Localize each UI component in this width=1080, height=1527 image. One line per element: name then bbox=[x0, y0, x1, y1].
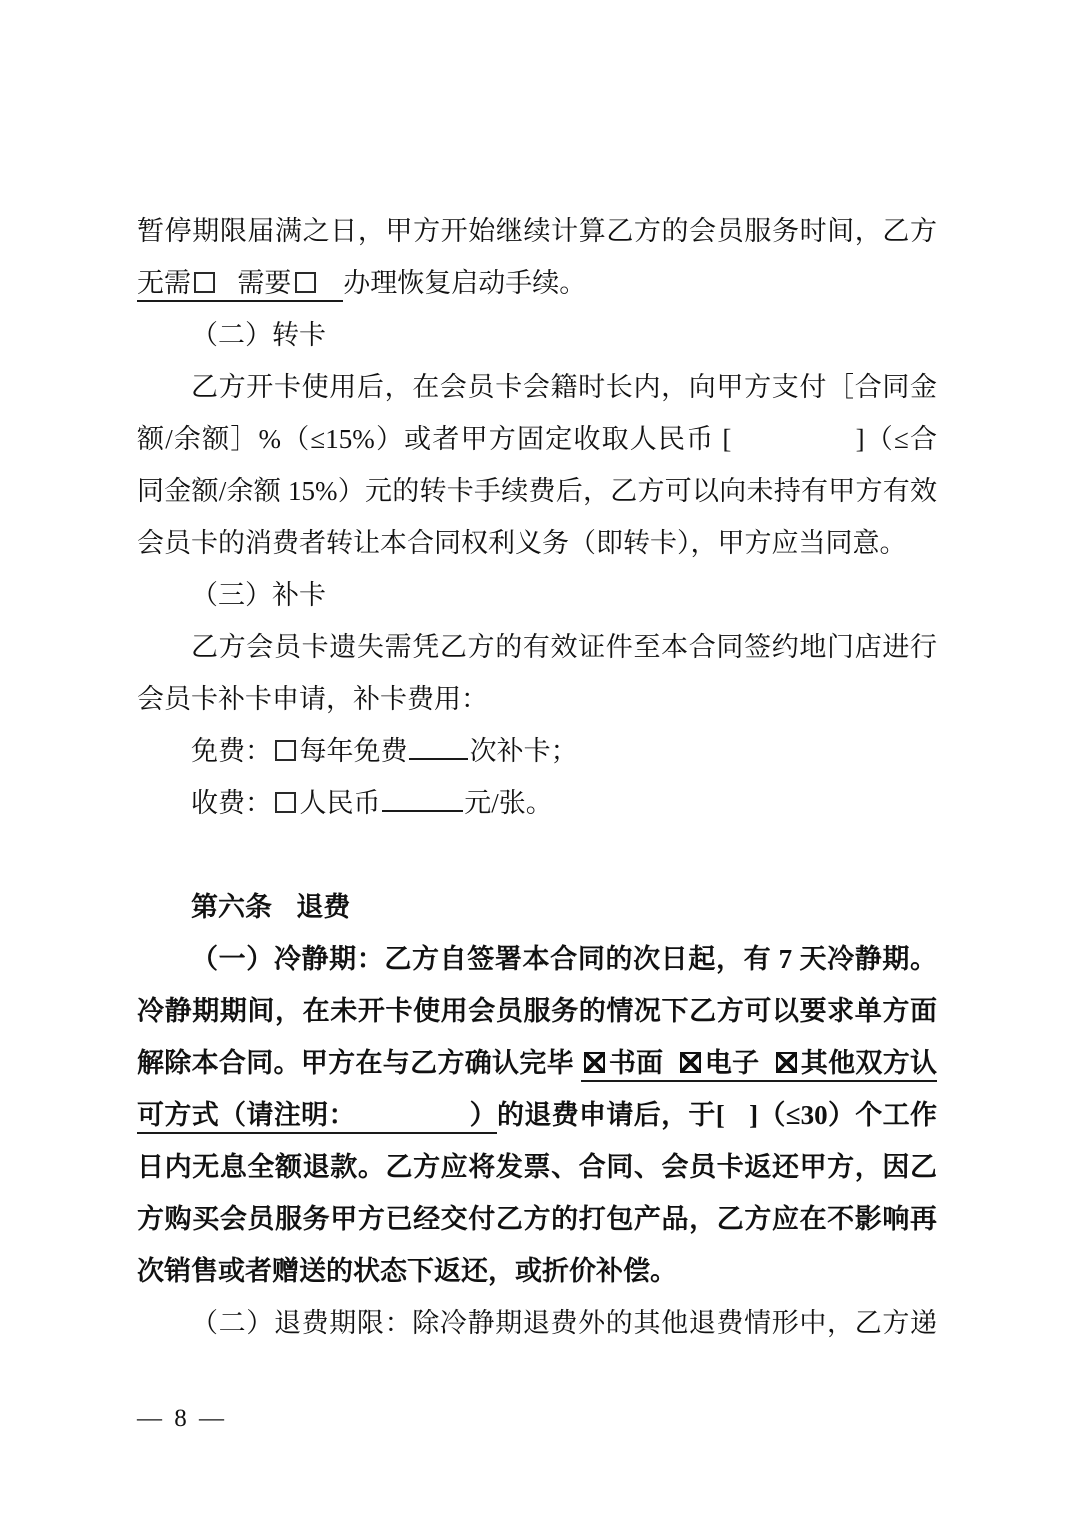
text-line: 方购买会员服务甲方已经交付乙方的打包产品，乙方应在不影响再 bbox=[137, 1193, 937, 1245]
blank-space bbox=[219, 291, 238, 292]
text-line: 第六条退费 bbox=[137, 881, 937, 933]
text-line: （一）冷静期：乙方自签署本合同的次日起，有 7 天冷静期。 bbox=[137, 933, 937, 985]
text-line: 会员卡的消费者转让本合同权利义务（即转卡），甲方应当同意。 bbox=[137, 517, 937, 569]
text-line: 无需需要办理恢复启动手续。 bbox=[137, 257, 937, 309]
checkbox-checked-icon bbox=[776, 1052, 797, 1073]
checkbox-checked-icon bbox=[584, 1052, 605, 1073]
underline-run: 可方式（请注明：） bbox=[137, 1100, 497, 1134]
underline-run: 无需需要 bbox=[137, 268, 343, 302]
fill-in-blank bbox=[409, 731, 468, 760]
text-run: 书面 bbox=[609, 1048, 664, 1078]
text-run: ） bbox=[469, 1100, 497, 1130]
text-run: 需要 bbox=[237, 268, 291, 298]
text-run: 解除本合同。甲方在与乙方确认完毕 bbox=[137, 1048, 581, 1078]
checkbox-unchecked-icon bbox=[194, 272, 215, 293]
blank-space bbox=[664, 1071, 678, 1072]
text-line: 会员卡补卡申请，补卡费用： bbox=[137, 673, 937, 725]
blank-space bbox=[319, 291, 343, 292]
text-run: 冷静期期间，在未开卡使用会员服务的情况下乙方可以要求单方面 bbox=[137, 996, 937, 1026]
text-run: ]（≤30）个工作 bbox=[749, 1100, 937, 1130]
text-line: 收费：人民币元/张。 bbox=[137, 777, 937, 829]
blank-space bbox=[725, 1123, 749, 1124]
blank-space bbox=[272, 915, 296, 916]
text-run: 每年免费 bbox=[300, 736, 408, 766]
text-run: 同金额/余额 15%）元的转卡手续费后，乙方可以向未持有甲方有效 bbox=[137, 476, 937, 506]
text-run: 会员卡补卡申请，补卡费用： bbox=[137, 684, 488, 714]
text-run: 电子 bbox=[705, 1048, 760, 1078]
text-run: 暂停期限届满之日，甲方开始继续计算乙方的会员服务时间，乙方 bbox=[137, 216, 937, 246]
text-run: 办理恢复启动手续。 bbox=[343, 268, 586, 298]
text-run: 收费： bbox=[191, 788, 272, 818]
text-line: 同金额/余额 15%）元的转卡手续费后，乙方可以向未持有甲方有效 bbox=[137, 465, 937, 517]
blank-space bbox=[731, 447, 855, 448]
text-run: （二）退费期限：除冷静期退费外的其他退费情形中，乙方递 bbox=[191, 1308, 937, 1338]
text-line: 乙方会员卡遗失需凭乙方的有效证件至本合同签约地门店进行 bbox=[137, 621, 937, 673]
text-line: 次销售或者赠送的状态下返还，或折价补偿。 bbox=[137, 1245, 937, 1297]
text-line: 额/余额］%（≤15%）或者甲方固定收取人民币 []（≤合 bbox=[137, 413, 937, 465]
text-run: 额/余额］%（≤15%）或者甲方固定收取人民币 [ bbox=[137, 424, 731, 454]
text-line: 免费：每年免费次补卡； bbox=[137, 725, 937, 777]
text-line: （二）转卡 bbox=[137, 309, 937, 361]
text-run: 次销售或者赠送的状态下返还，或折价补偿。 bbox=[137, 1256, 677, 1286]
text-run: ]（≤合 bbox=[856, 424, 937, 454]
fill-in-blank bbox=[382, 783, 463, 812]
text-run: 方购买会员服务甲方已经交付乙方的打包产品，乙方应在不影响再 bbox=[137, 1204, 937, 1234]
text-run: 次补卡； bbox=[470, 736, 578, 766]
blank-line bbox=[137, 829, 937, 881]
text-run: 会员卡的消费者转让本合同权利义务（即转卡），甲方应当同意。 bbox=[137, 528, 907, 558]
text-run: 其他双方认 bbox=[800, 1048, 937, 1078]
text-run: 人民币 bbox=[300, 788, 381, 818]
text-run: （二）转卡 bbox=[191, 320, 326, 350]
underline-run: 书面电子其他双方认 bbox=[581, 1048, 937, 1082]
checkbox-unchecked-icon bbox=[275, 740, 296, 761]
text-run: 乙方开卡使用后，在会员卡会籍时长内，向甲方支付［合同金 bbox=[191, 372, 937, 402]
text-line: 暂停期限届满之日，甲方开始继续计算乙方的会员服务时间，乙方 bbox=[137, 205, 937, 257]
text-line: 冷静期期间，在未开卡使用会员服务的情况下乙方可以要求单方面 bbox=[137, 985, 937, 1037]
text-line: 日内无息全额退款。乙方应将发票、合同、会员卡返还甲方，因乙 bbox=[137, 1141, 937, 1193]
text-run: 免费： bbox=[191, 736, 272, 766]
text-line: （二）退费期限：除冷静期退费外的其他退费情形中，乙方递 bbox=[137, 1297, 937, 1349]
text-run: 元/张。 bbox=[464, 788, 553, 818]
text-run: （三）补卡 bbox=[191, 580, 326, 610]
text-run: 第六条 bbox=[191, 892, 272, 922]
text-run: 无需 bbox=[137, 268, 191, 298]
blank-space bbox=[759, 1071, 773, 1072]
document-body: 暂停期限届满之日，甲方开始继续计算乙方的会员服务时间，乙方无需需要办理恢复启动手… bbox=[137, 205, 937, 1349]
text-run: 的退费申请后，于[ bbox=[497, 1100, 725, 1130]
contract-page: 暂停期限届满之日，甲方开始继续计算乙方的会员服务时间，乙方无需需要办理恢复启动手… bbox=[0, 0, 1080, 1527]
checkbox-checked-icon bbox=[680, 1052, 701, 1073]
checkbox-unchecked-icon bbox=[295, 272, 316, 293]
text-line: 乙方开卡使用后，在会员卡会籍时长内，向甲方支付［合同金 bbox=[137, 361, 937, 413]
text-run: （一）冷静期：乙方自签署本合同的次日起，有 7 天冷静期。 bbox=[191, 944, 937, 974]
text-line: （三）补卡 bbox=[137, 569, 937, 621]
checkbox-unchecked-icon bbox=[275, 792, 296, 813]
text-line: 解除本合同。甲方在与乙方确认完毕 书面电子其他双方认 bbox=[137, 1037, 937, 1089]
text-run: 日内无息全额退款。乙方应将发票、合同、会员卡返还甲方，因乙 bbox=[137, 1152, 937, 1182]
page-number: — 8 — bbox=[137, 1405, 227, 1433]
text-run: 可方式（请注明： bbox=[137, 1100, 356, 1130]
text-line: 可方式（请注明：）的退费申请后，于[]（≤30）个工作 bbox=[137, 1089, 937, 1141]
blank-space bbox=[356, 1123, 469, 1124]
text-run: 乙方会员卡遗失需凭乙方的有效证件至本合同签约地门店进行 bbox=[191, 632, 937, 662]
text-run: 退费 bbox=[296, 892, 350, 922]
